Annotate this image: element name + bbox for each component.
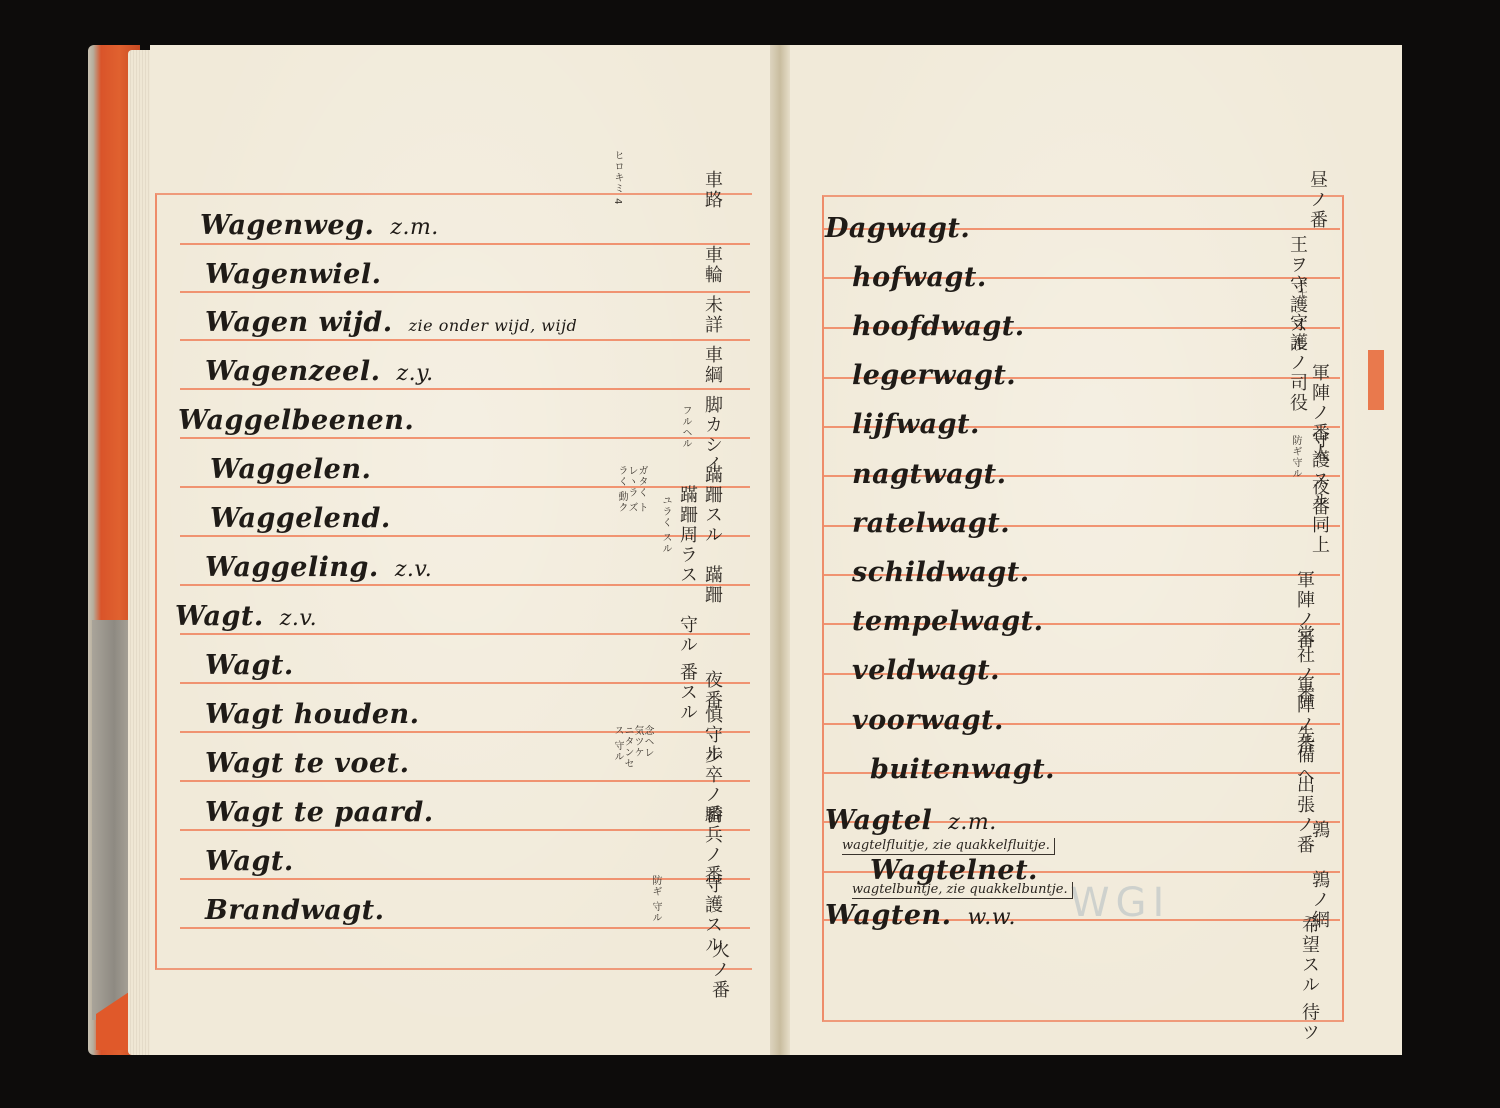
cross-reference-note: wagtelbuntje, zie quakkelbuntje. <box>852 882 1073 899</box>
headword: Wagten.w.w. <box>825 900 1016 931</box>
japanese-gloss: 未詳 <box>703 295 721 335</box>
headword: Wagtelz.m. <box>825 805 997 836</box>
headword: Brandwagt. <box>205 895 385 926</box>
red-page-tab <box>1368 350 1384 410</box>
japanese-gloss: 車綱 <box>703 345 721 385</box>
japanese-gloss: 蹣跚 <box>703 565 721 605</box>
corner-note: ヒロキミ 4 <box>612 150 622 206</box>
japanese-gloss: 守護ノ司役 <box>1288 313 1306 413</box>
ruled-line <box>180 243 750 245</box>
japanese-reading: フルヘル <box>680 405 690 449</box>
headword: schildwagt. <box>852 557 1030 588</box>
ruled-line <box>180 291 750 293</box>
japanese-gloss: 蹣跚スル <box>703 465 721 545</box>
headword: Wagenwiel. <box>205 259 382 290</box>
japanese-reading: 防ギ 守ル <box>650 875 660 923</box>
japanese-gloss: 夜番 <box>1310 477 1328 517</box>
open-book: ヒロキミ 4 Wagenweg.z.m. Wagenwiel. Wagen wi… <box>0 0 1500 1108</box>
ruled-line <box>180 829 750 831</box>
ruled-line <box>180 780 750 782</box>
headword: Wagt. <box>205 846 294 877</box>
headword: hofwagt. <box>852 262 987 293</box>
japanese-gloss: 出張ノ番 <box>1295 775 1313 855</box>
japanese-gloss: 車路 <box>703 170 721 210</box>
headword: legerwagt. <box>852 360 1016 391</box>
japanese-gloss: 希望スル 待ツ <box>1300 915 1318 1043</box>
japanese-reading: 念ヘレ 気ツケ ニタンセス 守ル <box>612 725 652 773</box>
japanese-gloss: 鶉 <box>1310 820 1328 840</box>
japanese-gloss: 車輪 <box>703 245 721 285</box>
headword: ratelwagt. <box>852 508 1010 539</box>
headword: Waggelend. <box>210 503 391 534</box>
ruled-line <box>180 486 750 488</box>
japanese-reading: ユラく スル <box>660 495 670 554</box>
headword: lijfwagt. <box>852 409 980 440</box>
ruled-line <box>180 682 750 684</box>
ruled-line <box>180 878 750 880</box>
japanese-gloss: 騎兵ノ番 <box>703 805 721 885</box>
japanese-reading: 兵士 <box>1295 277 1305 299</box>
ruled-line <box>180 388 750 390</box>
ruled-line <box>180 437 750 439</box>
headword: Waggeling.z.v. <box>205 552 432 583</box>
japanese-gloss: 守ル 番スル <box>678 615 696 723</box>
headword: nagtwagt. <box>852 459 1006 490</box>
right-page: WGI Dagwagt. hofwagt. hoofdwagt. legerwa… <box>790 45 1402 1055</box>
headword: buitenwagt. <box>870 754 1055 785</box>
headword: tempelwagt. <box>852 606 1044 637</box>
headword: Wagt te voet. <box>205 748 410 779</box>
page-edges <box>128 50 152 1055</box>
left-page: ヒロキミ 4 Wagenweg.z.m. Wagenwiel. Wagen wi… <box>150 45 770 1055</box>
headword: Waggelen. <box>210 454 371 485</box>
headword: Wagt houden. <box>205 699 420 730</box>
japanese-gloss: 蹣跚周ラス <box>678 485 696 585</box>
headword: Wagt te paard. <box>205 797 434 828</box>
japanese-gloss: 昼ノ番 <box>1308 170 1326 230</box>
headword: Dagwagt. <box>825 213 970 244</box>
headword: veldwagt. <box>852 655 1000 686</box>
headword: hoofdwagt. <box>852 311 1025 342</box>
japanese-gloss: 脚カシイ <box>703 395 721 475</box>
ruled-line <box>180 584 750 586</box>
book-gutter <box>770 45 790 1055</box>
japanese-gloss: 同上 <box>1310 515 1328 555</box>
japanese-gloss: 夜番 <box>703 670 721 710</box>
headword: Wagenzeel.z.y. <box>205 356 434 387</box>
japanese-reading: ガタく トレヽラ ズラく 動ク <box>616 465 646 515</box>
ruled-line <box>180 927 750 929</box>
headword: Waggelbeenen. <box>178 405 414 436</box>
headword: Wagen wijd.zie onder wijd, wijd <box>205 307 577 338</box>
headword: Wagenweg.z.m. <box>200 210 439 241</box>
japanese-gloss: 火ノ番 <box>710 940 728 1000</box>
ruled-line <box>180 633 750 635</box>
headword: voorwagt. <box>852 705 1004 736</box>
headword: Wagt. <box>205 650 294 681</box>
ruled-line <box>180 731 750 733</box>
japanese-reading: 防ギ守ル <box>1290 435 1300 479</box>
ruled-line <box>180 339 750 341</box>
headword: Wagt.z.v. <box>175 601 317 632</box>
cross-reference-note: wagtelfluitje, zie quakkelfluitje. <box>842 838 1055 855</box>
